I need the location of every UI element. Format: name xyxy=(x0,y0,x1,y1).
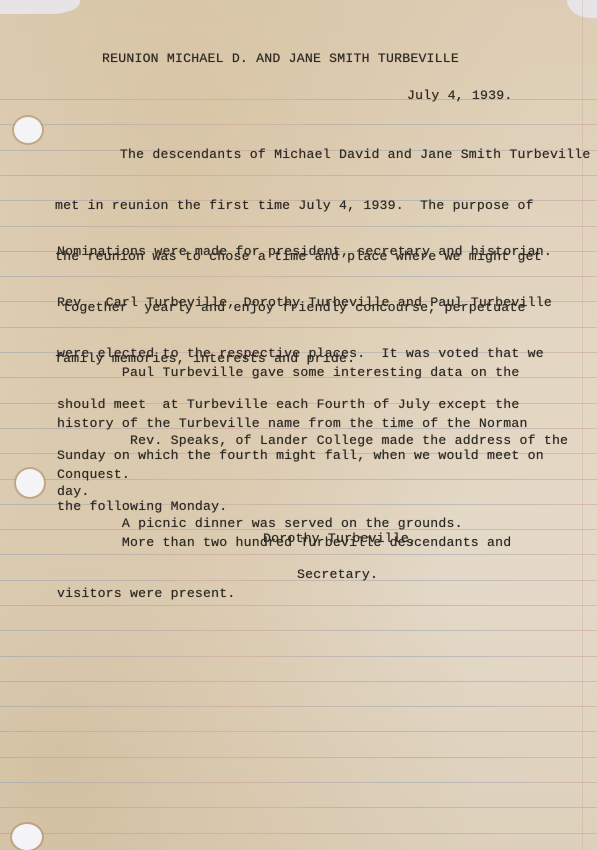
ruled-line xyxy=(0,656,597,657)
text-line: The descendants of Michael David and Jan… xyxy=(55,146,591,163)
text-line: Rev. Speaks, of Lander College made the … xyxy=(57,432,568,449)
text-line: Nominations were made for president, sec… xyxy=(57,243,552,260)
punch-hole-top xyxy=(14,117,42,143)
ruled-line xyxy=(0,706,597,707)
text-line: Paul Turbeville gave some interesting da… xyxy=(57,364,528,381)
signature-name: Dorothy Turbeville, xyxy=(263,530,417,547)
punch-hole-bottom xyxy=(12,824,42,850)
ruled-line xyxy=(0,833,597,834)
ruled-line xyxy=(0,807,597,808)
ruled-line xyxy=(0,782,597,783)
ruled-line xyxy=(0,757,597,758)
document-title: REUNION MICHAEL D. AND JANE SMITH TURBEV… xyxy=(102,50,459,67)
signature-role: Secretary. xyxy=(297,566,378,583)
document-date: July 4, 1939. xyxy=(407,87,512,104)
text-line: Rev. Carl Turbeville, Dorothy Turbeville… xyxy=(57,294,552,311)
text-line: visitors were present. xyxy=(57,585,568,602)
paragraph-5: A picnic dinner was served on the ground… xyxy=(57,481,463,566)
ruled-line xyxy=(0,681,597,682)
punch-hole-middle xyxy=(16,469,44,497)
ruled-line xyxy=(0,731,597,732)
torn-corner-top-left xyxy=(0,0,80,14)
lined-paper-page: REUNION MICHAEL D. AND JANE SMITH TURBEV… xyxy=(0,0,597,850)
